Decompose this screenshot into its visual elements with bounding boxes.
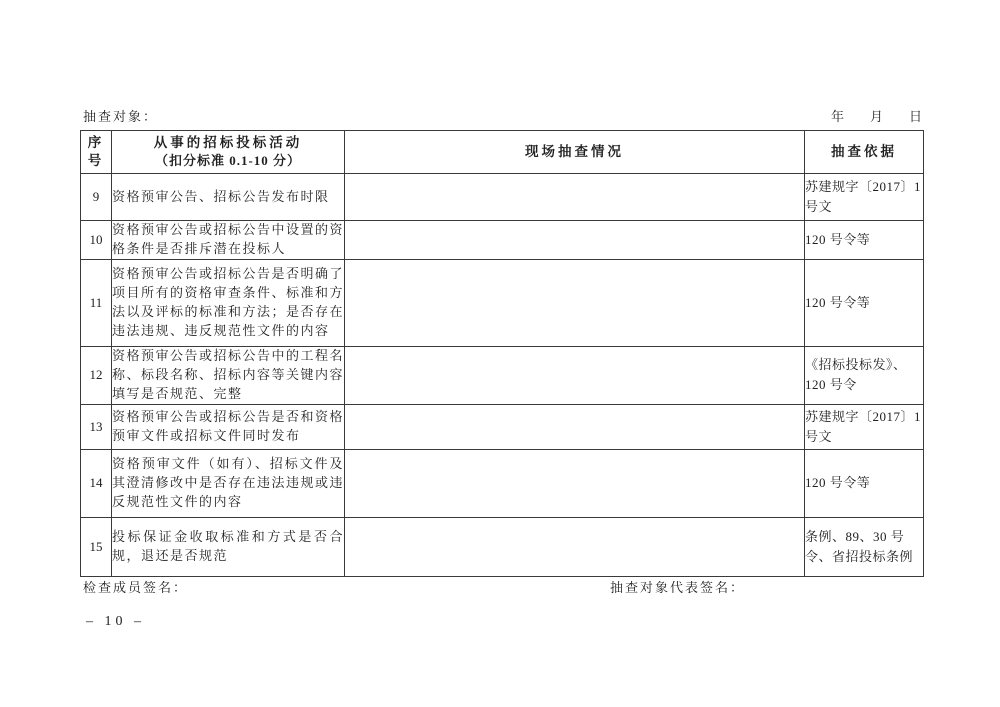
header-basis: 抽查依据 (805, 131, 924, 174)
row-number-cell: 12 (81, 346, 112, 404)
basis-cell: 120 号令等 (805, 259, 924, 346)
document-page: 抽查对象： 年 月 日 序号 从事的招标投标活动 （扣分标准 0.1-10 分）… (0, 0, 1000, 707)
table-row: 11 资格预审公告或招标公告是否明确了项目所有的资格审查条件、标准和方法以及评标… (81, 259, 924, 346)
finding-cell (345, 517, 805, 576)
table-row: 13 资格预审公告或招标公告是否和资格预审文件或招标文件同时发布 苏建规字〔20… (81, 404, 924, 449)
row-number-cell: 9 (81, 174, 112, 221)
finding-cell (345, 449, 805, 517)
activity-cell: 资格预审公告或招标公告中设置的资格条件是否排斥潜在投标人 (112, 221, 345, 260)
page-number: – 10 – (86, 614, 145, 630)
activity-cell: 投标保证金收取标准和方式是否合规，退还是否规范 (112, 517, 345, 576)
basis-cell: 条例、89、30 号令、省招投标条例 (805, 517, 924, 576)
header-activity: 从事的招标投标活动 （扣分标准 0.1-10 分） (112, 131, 345, 174)
basis-cell: 120 号令等 (805, 221, 924, 260)
row-number-cell: 10 (81, 221, 112, 260)
basis-cell: 苏建规字〔2017〕1 号文 (805, 174, 924, 221)
inspector-signature-label: 检查成员签名： (83, 577, 188, 596)
table-row: 12 资格预审公告或招标公告中的工程名称、标段名称、招标内容等关键内容填写是否规… (81, 346, 924, 404)
inspection-table: 序号 从事的招标投标活动 （扣分标准 0.1-10 分） 现场抽查情况 抽查依据… (80, 130, 924, 577)
row-number-cell: 14 (81, 449, 112, 517)
activity-cell: 资格预审文件（如有）、招标文件及其澄清修改中是否存在违法违规或违反规范性文件的内… (112, 449, 345, 517)
inspection-target-label: 抽查对象： (83, 106, 158, 125)
table-header-row: 序号 从事的招标投标活动 （扣分标准 0.1-10 分） 现场抽查情况 抽查依据 (81, 131, 924, 174)
header-activity-line2: （扣分标准 0.1-10 分） (112, 152, 344, 170)
target-representative-signature-label: 抽查对象代表签名： (610, 577, 745, 596)
table-row: 10 资格预审公告或招标公告中设置的资格条件是否排斥潜在投标人 120 号令等 (81, 221, 924, 260)
activity-cell: 资格预审公告、招标公告发布时限 (112, 174, 345, 221)
activity-cell: 资格预审公告或招标公告是否明确了项目所有的资格审查条件、标准和方法以及评标的标准… (112, 259, 345, 346)
finding-cell (345, 174, 805, 221)
table-row: 15 投标保证金收取标准和方式是否合规，退还是否规范 条例、89、30 号令、省… (81, 517, 924, 576)
date-placeholder: 年 月 日 (831, 106, 922, 125)
basis-cell: 苏建规字〔2017〕1 号文 (805, 404, 924, 449)
finding-cell (345, 259, 805, 346)
header-finding: 现场抽查情况 (345, 131, 805, 174)
header-no: 序号 (81, 131, 112, 174)
table-row: 9 资格预审公告、招标公告发布时限 苏建规字〔2017〕1 号文 (81, 174, 924, 221)
basis-cell: 120 号令等 (805, 449, 924, 517)
finding-cell (345, 346, 805, 404)
row-number-cell: 15 (81, 517, 112, 576)
row-number-cell: 13 (81, 404, 112, 449)
table-row: 14 资格预审文件（如有）、招标文件及其澄清修改中是否存在违法违规或违反规范性文… (81, 449, 924, 517)
finding-cell (345, 404, 805, 449)
row-number-cell: 11 (81, 259, 112, 346)
header-activity-line1: 从事的招标投标活动 (112, 134, 344, 152)
basis-cell: 《招标投标发》、120 号令 (805, 346, 924, 404)
activity-cell: 资格预审公告或招标公告中的工程名称、标段名称、招标内容等关键内容填写是否规范、完… (112, 346, 345, 404)
finding-cell (345, 221, 805, 260)
activity-cell: 资格预审公告或招标公告是否和资格预审文件或招标文件同时发布 (112, 404, 345, 449)
